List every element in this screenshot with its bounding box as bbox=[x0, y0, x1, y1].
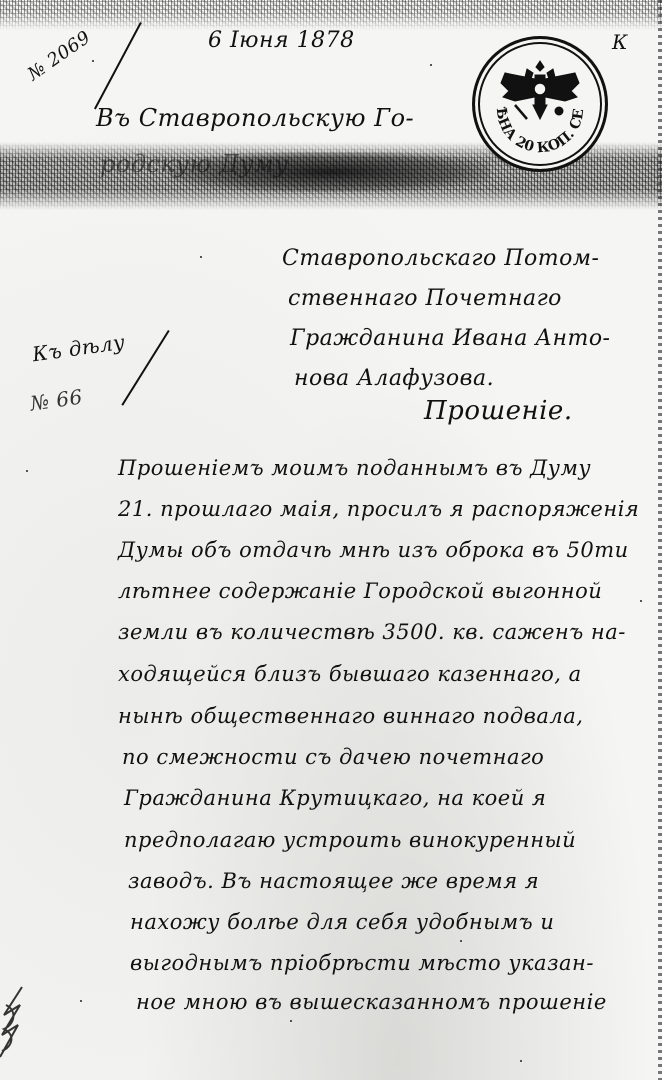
page-edge bbox=[658, 0, 662, 1080]
document-title: Прошеніе. bbox=[424, 396, 573, 426]
body-line: выгоднымъ пріобрѣсти мѣсто указан- bbox=[130, 951, 594, 975]
margin-note-line-2: № 66 bbox=[29, 384, 85, 415]
body-line: Прошеніемъ моимъ поданнымъ въ Думу bbox=[118, 456, 591, 480]
body-line: нынѣ общественнаго виннаго подвала, bbox=[118, 704, 583, 728]
address-line-1: Въ Ставропольскую Го- bbox=[96, 104, 414, 132]
sender-line-4: нова Алафузова. bbox=[294, 366, 494, 391]
body-line: 21. прошлаго маія, просилъ я распоряжені… bbox=[118, 497, 639, 521]
double-headed-eagle-icon: ЦѢНА 20 КОП. СЕР. bbox=[475, 39, 605, 169]
margin-note-stroke bbox=[121, 330, 169, 406]
date-mark: 6 Іюня 1878 bbox=[208, 28, 355, 53]
sender-line-1: Ставропольскаго Потом- bbox=[282, 246, 600, 271]
body-line: Думы объ отдачѣ мнѣ изъ оброка въ 50ти bbox=[118, 538, 629, 562]
sender-line-3: Гражданина Ивана Анто- bbox=[290, 326, 611, 351]
body-line: ное мною въ вышесказанномъ прошеніе bbox=[136, 990, 607, 1014]
duty-stamp: ЦѢНА 20 КОП. СЕР. bbox=[472, 36, 608, 172]
body-line: земли въ количествѣ 3500. кв. саженъ на- bbox=[118, 620, 626, 644]
body-line: лѣтнее содержаніе Городской выгонной bbox=[118, 579, 602, 603]
body-line: Гражданина Крутицкаго, на коей я bbox=[124, 786, 546, 810]
address-line-2: родскую Думу bbox=[100, 150, 289, 178]
pen-scribble-icon bbox=[0, 985, 24, 1065]
body-line: нахожу болѣе для себя удобнымъ и bbox=[130, 910, 554, 934]
copier-noise-top bbox=[0, 0, 662, 30]
sender-line-2: ственнаго Почетнаго bbox=[288, 286, 562, 311]
registry-flourish bbox=[94, 22, 142, 109]
body-line: заводъ. Въ настоящее же время я bbox=[128, 869, 539, 893]
body-line: по смежности съ дачею почетнаго bbox=[122, 745, 544, 769]
document-page: № 2069 6 Іюня 1878 К ЦѢН bbox=[0, 0, 662, 1080]
margin-note-line-1: Къ дѣлу bbox=[31, 330, 127, 367]
body-line: ходящейся близъ бывшаго казеннаго, а bbox=[118, 662, 582, 686]
body-line: предполагаю устроить винокуренный bbox=[124, 828, 576, 852]
registry-number: № 2069 bbox=[24, 27, 95, 85]
corner-mark: К bbox=[612, 30, 628, 54]
